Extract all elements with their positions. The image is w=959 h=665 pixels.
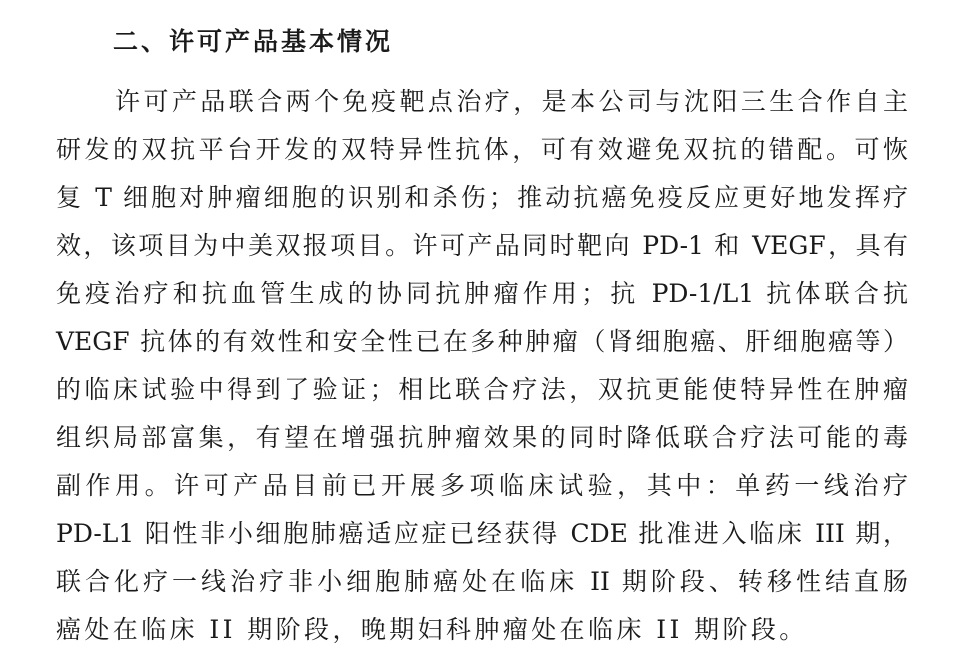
- section-heading: 二、许可产品基本情况: [113, 22, 393, 58]
- paragraph-line: 许可产品联合两个免疫靶点治疗，是本公司与沈阳三生合作自主: [115, 82, 908, 122]
- paragraph-line: 研发的双抗平台开发的双特异性抗体，可有效避免双抗的错配。可恢: [56, 130, 908, 170]
- paragraph-line: 副作用。许可产品目前已开展多项临床试验，其中：单药一线治疗: [56, 466, 908, 506]
- paragraph-line: 复 T 细胞对肿瘤细胞的识别和杀伤；推动抗癌免疫反应更好地发挥疗: [56, 178, 908, 218]
- paragraph-line: VEGF 抗体的有效性和安全性已在多种肿瘤（肾细胞癌、肝细胞癌等）: [56, 322, 908, 362]
- paragraph-line: 组织局部富集，有望在增强抗肿瘤效果的同时降低联合疗法可能的毒: [56, 418, 908, 458]
- paragraph-line: 联合化疗一线治疗非小细胞肺癌处在临床 II 期阶段、转移性结直肠: [56, 562, 908, 602]
- paragraph-line: 癌处在临床 II 期阶段，晚期妇科肿瘤处在临床 II 期阶段。: [56, 610, 908, 650]
- paragraph-line: PD-L1 阳性非小细胞肺癌适应症已经获得 CDE 批准进入临床 III 期，: [56, 514, 908, 554]
- paragraph-line: 免疫治疗和抗血管生成的协同抗肿瘤作用；抗 PD-1/L1 抗体联合抗: [56, 274, 908, 314]
- paragraph-line: 效，该项目为中美双报项目。许可产品同时靶向 PD-1 和 VEGF，具有: [56, 226, 908, 266]
- paragraph-line: 的临床试验中得到了验证；相比联合疗法，双抗更能使特异性在肿瘤: [56, 370, 908, 410]
